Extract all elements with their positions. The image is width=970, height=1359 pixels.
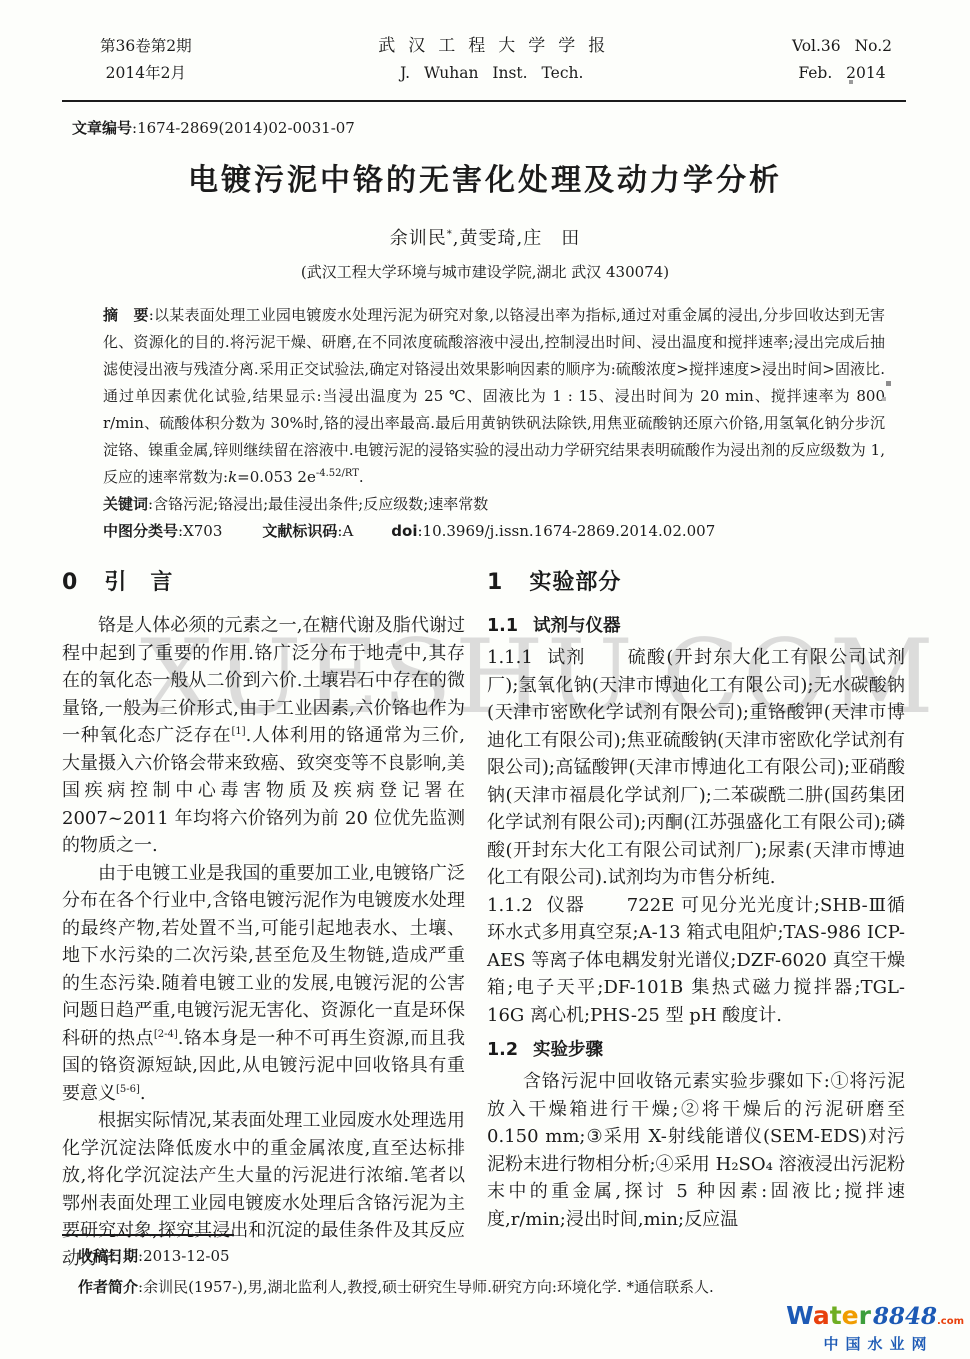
right-column: 1实验部分 1.1试剂与仪器 1.1.1试剂硫酸(开封东大化工有限公司试剂厂);… [487, 557, 905, 1272]
issue-volume-cn: 第36卷第2期 [100, 33, 192, 60]
header-journal-name: 武汉工程大学学报 J. Wuhan Inst. Tech. [365, 33, 618, 87]
author-rest: ,黄雯琦,庄 田 [453, 228, 580, 249]
abstract-label: 摘 要 [103, 306, 149, 324]
section-1-title: 实验部分 [529, 570, 621, 595]
reference-5-6: [5-6] [116, 1084, 140, 1095]
author-bio-label: 作者简介 [78, 1278, 138, 1296]
author-first: 余训民 [390, 228, 447, 249]
rate-constant-exponent: -4.52/RT [316, 468, 359, 479]
reagents-paragraph: 1.1.1试剂硫酸(开封东大化工有限公司试剂厂);氢氧化钠(天津市博迪化工有限公… [487, 644, 905, 892]
received-date-value: :2013-12-05 [138, 1247, 230, 1265]
rate-constant-base: =0.053 2e [237, 468, 316, 486]
logo-letter-w: W [786, 1301, 813, 1330]
logo-letter-a: a [813, 1301, 830, 1330]
water8848-wordmark: Water8848.com [786, 1303, 964, 1334]
received-date-label: 收稿日期 [78, 1247, 138, 1265]
received-date-line: 收稿日期:2013-12-05 [62, 1241, 908, 1272]
logo-dotcom: .com [937, 1316, 964, 1327]
section-1-1-1-number: 1.1.1 [487, 647, 533, 668]
keywords-label: 关键词 [103, 495, 148, 513]
article-title: 电镀污泥中铬的无害化处理及动力学分析 [0, 155, 970, 199]
reagents-text: 硫酸(开封东大化工有限公司试剂厂);氢氧化钠(天津市博迪化工有限公司);无水碳酸… [487, 647, 905, 888]
section-0-title: 引 言 [104, 570, 173, 595]
water8848-logo: Water8848.com 中国水业网 [786, 1303, 964, 1355]
section-0-number: 0 [62, 570, 78, 595]
footnote-rule [62, 1234, 234, 1236]
section-1-1-title: 试剂与仪器 [533, 616, 621, 636]
logo-letter-t: t [830, 1301, 842, 1330]
author-line: 余训民*,黄雯琦,庄 田 [0, 224, 970, 250]
abstract-text: :以某表面处理工业园电镀废水处理污泥为研究对象,以铬浸出率为指标,通过对重金属的… [103, 306, 885, 486]
left-column: 0引 言 铬是人体必须的元素之一,在糖代谢及脂代谢过程中起到了重要的作用.铬广泛… [62, 557, 465, 1272]
rate-constant-symbol: k [228, 468, 237, 486]
issue-volume-en: Vol.36 No.2 [792, 33, 892, 60]
scan-artifact-speck [849, 80, 853, 84]
section-1-1-2-number: 1.1.2 [487, 895, 533, 916]
instruments-paragraph: 1.1.2仪器722E 可见分光光度计;SHB-Ⅲ循环水式多用真空泵;A-13 … [487, 892, 905, 1030]
reference-1: [1] [231, 726, 245, 737]
two-column-body: 0引 言 铬是人体必须的元素之一,在糖代谢及脂代谢过程中起到了重要的作用.铬广泛… [62, 557, 905, 1272]
keywords-line: 关键词:含铬污泥;铬浸出;最佳浸出条件;反应级数;速率常数 [103, 491, 885, 518]
logo-subtitle: 中国水业网 [786, 1334, 964, 1355]
section-1-1-number: 1.1 [487, 616, 518, 636]
header-issue-en: Vol.36 No.2 Feb. 2014 [792, 33, 892, 87]
page-content: 第36卷第2期 2014年2月 武汉工程大学学报 J. Wuhan Inst. … [0, 0, 970, 1272]
author-bio-line: 作者简介:余训民(1957-),男,湖北监利人,教授,硕士研究生导师.研究方向:… [62, 1272, 908, 1303]
issue-date-en: Feb. 2014 [792, 60, 892, 87]
issue-date-cn: 2014年2月 [100, 60, 192, 87]
abstract-period: . [359, 468, 364, 486]
section-1-2-number: 1.2 [487, 1040, 518, 1060]
header-issue-cn: 第36卷第2期 2014年2月 [100, 33, 192, 87]
section-1-2-title: 实验步骤 [533, 1040, 603, 1060]
logo-letter-e: e [842, 1301, 859, 1330]
clc-label: 中图分类号 [103, 522, 178, 540]
section-1-heading: 1实验部分 [487, 565, 905, 596]
section-1-1-1-label: 试剂 [546, 647, 586, 668]
abstract-block: 摘 要:以某表面处理工业园电镀废水处理污泥为研究对象,以铬浸出率为指标,通过对重… [103, 302, 885, 545]
doc-code-label: 文献标识码 [262, 522, 337, 540]
section-0-heading: 0引 言 [62, 565, 465, 596]
journal-page: XUESHU.COM 第36卷第2期 2014年2月 武汉工程大学学报 J. W… [0, 0, 970, 1359]
logo-digits: 8848 [873, 1303, 937, 1330]
clc-value: :X703 [178, 522, 222, 540]
header-rule [62, 100, 906, 102]
doi-value: :10.3969/j.issn.1674-2869.2014.02.007 [417, 522, 715, 540]
affiliation-line: (武汉工程大学环境与城市建设学院,湖北 武汉 430074) [0, 261, 970, 282]
section-1-number: 1 [487, 570, 503, 595]
doc-code-value: :A [337, 522, 353, 540]
intro-p2-period: . [140, 1083, 146, 1104]
article-number-value: :1674-2869(2014)02-0031-07 [132, 119, 355, 137]
section-1-2-heading: 1.2实验步骤 [487, 1036, 905, 1061]
logo-letter-r: r [859, 1301, 871, 1330]
author-bio-value: :余训民(1957-),男,湖北监利人,教授,硕士研究生导师.研究方向:环境化学… [138, 1278, 714, 1296]
classification-line: 中图分类号:X703文献标识码:Adoi:10.3969/j.issn.1674… [103, 518, 885, 545]
scan-artifact-speck [882, 397, 886, 401]
intro-paragraph-2: 由于电镀工业是我国的重要加工业,电镀铬广泛分布在各个行业中,含铬电镀污泥作为电镀… [62, 860, 465, 1108]
keywords-text: :含铬污泥;铬浸出;最佳浸出条件;反应级数;速率常数 [148, 495, 488, 513]
article-number: 文章编号:1674-2869(2014)02-0031-07 [72, 117, 970, 138]
doi-label: doi [391, 522, 417, 540]
intro-p2-text-a: 由于电镀工业是我国的重要加工业,电镀铬广泛分布在各个行业中,含铬电镀污泥作为电镀… [62, 863, 465, 1049]
abstract-paragraph: 摘 要:以某表面处理工业园电镀废水处理污泥为研究对象,以铬浸出率为指标,通过对重… [103, 302, 885, 491]
journal-header: 第36卷第2期 2014年2月 武汉工程大学学报 J. Wuhan Inst. … [0, 0, 970, 87]
intro-paragraph-1: 铬是人体必须的元素之一,在糖代谢及脂代谢过程中起到了重要的作用.铬广泛分布于地壳… [62, 612, 465, 860]
section-1-1-heading: 1.1试剂与仪器 [487, 612, 905, 637]
procedure-paragraph: 含铬污泥中回收铬元素实验步骤如下:①将污泥放入干燥箱进行干燥;②将干燥后的污泥研… [487, 1068, 905, 1233]
article-number-label: 文章编号 [72, 119, 132, 137]
section-1-1-2-label: 仪器 [546, 895, 585, 916]
journal-name-cn: 武汉工程大学学报 [365, 33, 618, 60]
reference-2-4: [2-4] [154, 1029, 178, 1040]
scan-artifact-speck [886, 381, 891, 386]
journal-name-en: J. Wuhan Inst. Tech. [365, 60, 618, 87]
footnote-block: 收稿日期:2013-12-05 作者简介:余训民(1957-),男,湖北监利人,… [62, 1234, 908, 1303]
